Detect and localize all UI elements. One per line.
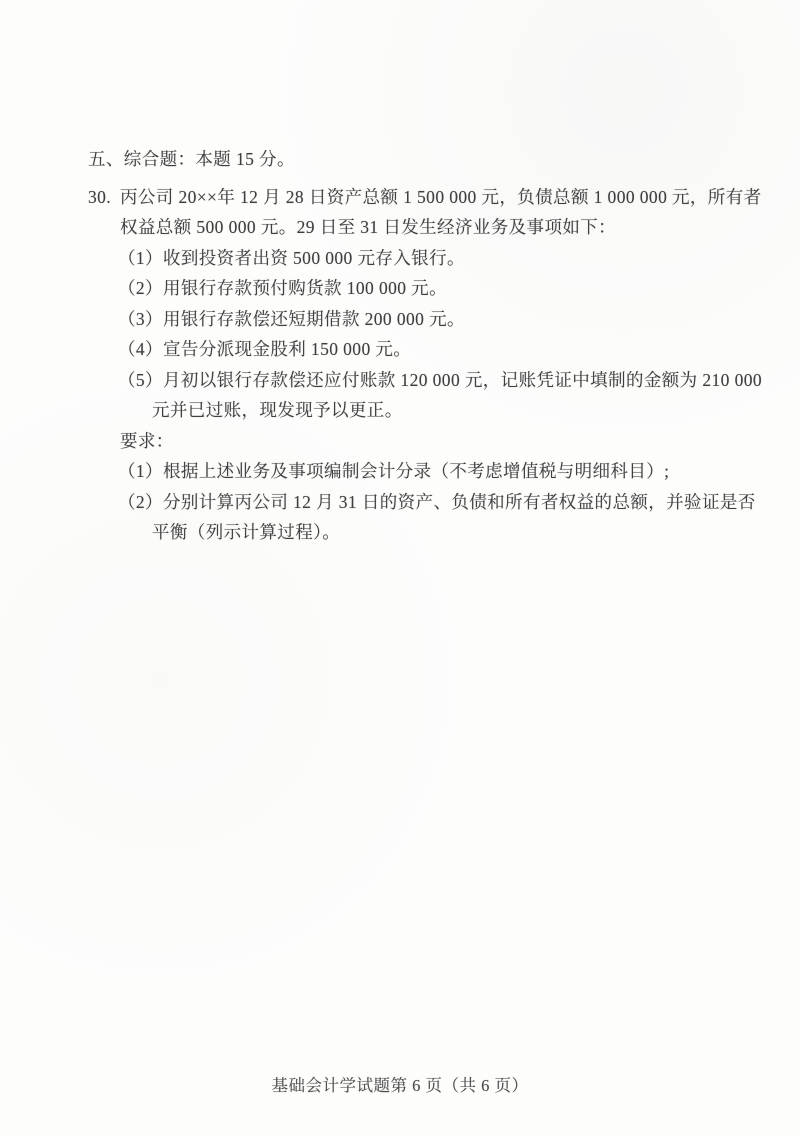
exam-content: 五、综合题：本题 15 分。 30. 丙公司 20××年 12 月 28 日资产… [88,144,730,548]
item-text: 用银行存款预付购货款 100 000 元。 [163,278,447,298]
business-item-2: （2）用银行存款预付购货款 100 000 元。 [118,273,730,304]
item-label: （2） [118,278,163,298]
item-text: 根据上述业务及事项编制会计分录（不考虑增值税与明细科目）; [163,461,669,481]
item-label: （3） [118,309,163,329]
business-item-5: （5）月初以银行存款偿还应付账款 120 000 元，记账凭证中填制的金额为 2… [118,365,730,396]
item-text: 宣告分派现金股利 150 000 元。 [163,339,411,359]
item-text: 分别计算丙公司 12 月 31 日的资产、负债和所有者权益的总额，并验证是否 [163,492,756,512]
item-label: （5） [118,370,163,390]
item-label: （1） [118,248,163,268]
business-item-1: （1）收到投资者出资 500 000 元存入银行。 [118,243,730,274]
requirements-label: 要求： [120,426,730,457]
business-item-3: （3）用银行存款偿还短期借款 200 000 元。 [118,304,730,335]
item-text: 月初以银行存款偿还应付账款 120 000 元，记账凭证中填制的金额为 210 … [163,370,762,390]
item-label: （4） [118,339,163,359]
question-number: 30. [88,182,120,213]
item-label: （2） [118,492,163,512]
section-header: 五、综合题：本题 15 分。 [88,144,730,175]
item-label: （1） [118,461,163,481]
exam-page: 五、综合题：本题 15 分。 30. 丙公司 20××年 12 月 28 日资产… [0,0,800,1136]
question-30-intro: 30. 丙公司 20××年 12 月 28 日资产总额 1 500 000 元，… [88,182,730,213]
requirement-2: （2）分别计算丙公司 12 月 31 日的资产、负债和所有者权益的总额，并验证是… [118,487,730,518]
question-intro-line1: 丙公司 20××年 12 月 28 日资产总额 1 500 000 元，负债总额… [120,182,762,213]
page-footer: 基础会计学试题第 6 页（共 6 页） [0,1072,800,1096]
business-item-4: （4）宣告分派现金股利 150 000 元。 [118,334,730,365]
business-item-5-wrap: 元并已过账，现发现予以更正。 [152,395,730,426]
item-text: 收到投资者出资 500 000 元存入银行。 [163,248,465,268]
question-intro-line2: 权益总额 500 000 元。29 日至 31 日发生经济业务及事项如下： [120,212,730,243]
requirement-2-wrap: 平衡（列示计算过程）。 [152,517,730,548]
requirement-1: （1）根据上述业务及事项编制会计分录（不考虑增值税与明细科目）; [118,456,730,487]
item-text: 用银行存款偿还短期借款 200 000 元。 [163,309,465,329]
